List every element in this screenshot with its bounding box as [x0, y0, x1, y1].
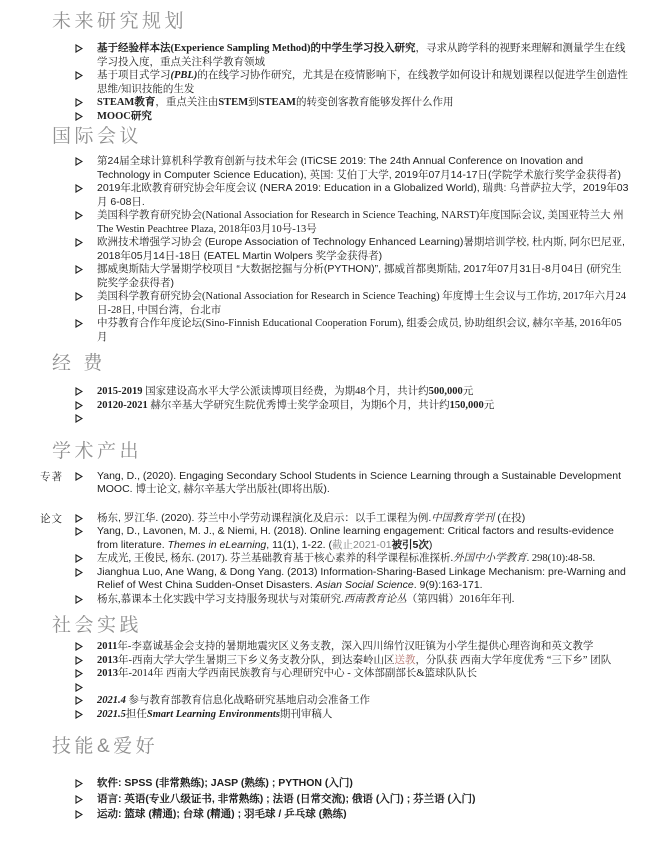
- bullet-arrow-icon: [75, 795, 83, 804]
- item-category-label: 专著: [40, 471, 63, 485]
- text-run: 2013: [97, 655, 118, 666]
- list-item: 美国科学教育研究协会(National Association for Rese…: [0, 290, 657, 317]
- text-run: ): [429, 539, 433, 551]
- bullet-arrow-icon: [75, 157, 83, 166]
- text-run: 2021.4: [97, 695, 129, 706]
- text-run: （第四辑）2016年年刊.: [407, 594, 515, 605]
- list-item: 挪威奥斯陆大学暑期学校项目 “大数据挖掘与分析(PYTHON)”, 挪威首都奥斯…: [0, 263, 657, 290]
- item-text: 第24届全球计算机科学教育创新与技术年会 (ITiCSE 2019: The 2…: [97, 155, 621, 181]
- section-funding: 经 费2015-2019 国家建设高水平大学公派读博项目经费，为期48个月，共计…: [0, 352, 657, 426]
- text-run: ，重点关注由: [155, 97, 218, 108]
- item-text: 语言: 英语(专业八级证书, 非常熟练) ; 法语 (日常交流); 俄语 (入门…: [97, 793, 476, 805]
- list-item: 左成光, 王俊民, 杨东. (2017). 芬兰基础教育基于核心素养的科学课程标…: [0, 552, 657, 566]
- text-run: . 298(10):48-58.: [527, 553, 596, 564]
- list-item: Jianghua Luo, Ane Wang, & Dong Yang. (20…: [0, 566, 657, 593]
- text-run: 500,000: [429, 386, 463, 397]
- bullet-arrow-icon: [75, 71, 83, 80]
- text-run: 国家建设高水平大学公派读博项目经费，为期48个月，共计约: [145, 386, 429, 397]
- item-text: Yang, D., Lavonen, M. J., & Niemi, H. (2…: [97, 525, 614, 551]
- text-run: Yang, D., (2020). Engaging Secondary Sch…: [97, 470, 621, 496]
- text-run: STEM: [218, 97, 248, 108]
- bullet-arrow-icon: [75, 810, 83, 819]
- text-run: 年-2014年 西南大学西南民族教育与心理研究中心 - 文体部副部长&篮球队队长: [118, 668, 477, 679]
- item-text: Jianghua Luo, Ane Wang, & Dong Yang. (20…: [97, 566, 626, 592]
- list-item: 基于项目式学习(PBL)的在线学习协作研究，尤其是在疫情影响下，在线教学如何设计…: [0, 69, 657, 96]
- text-run: 第24届全球计算机科学教育创新与技术年会 (ITiCSE 2019: The 2…: [97, 155, 621, 181]
- bullet-arrow-icon: [75, 472, 83, 481]
- text-run: 2013: [97, 668, 118, 679]
- text-run: 期刊审稿人: [280, 709, 333, 720]
- section-international-conferences: 国际会议第24届全球计算机科学教育创新与技术年会 (ITiCSE 2019: T…: [0, 125, 657, 344]
- item-text: 2021.4 参与教育部教育信息化战略研究基地启动会准备工作: [97, 695, 370, 706]
- text-run: Themes in eLearning: [168, 539, 267, 551]
- text-run: 基于项目式学习: [97, 70, 171, 81]
- bullet-arrow-icon: [75, 527, 83, 536]
- item-text: 基于经验样本法(Experience Sampling Method)的中学生学…: [97, 43, 626, 68]
- section-social-practice: 社会实践2011年-李嘉诚基金会支持的暑期地震灾区义务支教，深入四川绵竹汉旺镇为…: [0, 614, 657, 721]
- item-text: 左成光, 王俊民, 杨东. (2017). 芬兰基础教育基于核心素养的科学课程标…: [97, 553, 595, 564]
- list-item: 软件: SPSS (非常熟练); JASP (熟练) ; PYTHON (入门): [0, 777, 657, 791]
- text-run: 中国教育学刊: [431, 512, 494, 524]
- text-run: 参与教育部教育信息化战略研究基地启动会准备工作: [129, 695, 371, 706]
- text-run: 年-李嘉诚基金会支持的暑期地震灾区义务支教，深入四川绵竹汉旺镇为小学生提供心理咨…: [117, 641, 593, 652]
- list-item: 2011年-李嘉诚基金会支持的暑期地震灾区义务支教，深入四川绵竹汉旺镇为小学生提…: [0, 640, 657, 654]
- text-run: STEAM教育: [97, 97, 155, 108]
- item-text: 挪威奥斯陆大学暑期学校项目 “大数据挖掘与分析(PYTHON)”, 挪威首都奥斯…: [97, 263, 621, 289]
- text-run: 美国科学教育研究协会(National Association for Rese…: [97, 210, 624, 235]
- text-run: 元: [463, 386, 474, 397]
- section-title: 学术产出: [52, 440, 657, 463]
- list-item: 2021.5担任Smart Learning Environments期刊审稿人: [0, 708, 657, 722]
- text-run: 中芬教育合作年度论坛(Sino-Finnish Educational Coop…: [97, 318, 622, 343]
- list-item: 论文杨东, 罗江华. (2020). 芬兰中小学劳动课程演化及启示：以手工课程为…: [0, 512, 657, 526]
- list-item: 中芬教育合作年度论坛(Sino-Finnish Educational Coop…: [0, 317, 657, 344]
- text-run: 元: [484, 400, 495, 411]
- section-title: 技能&爱好: [52, 735, 657, 758]
- text-run: 2011: [97, 641, 117, 652]
- bullet-list: 2015-2019 国家建设高水平大学公派读博项目经费，为期48个月，共计约50…: [0, 385, 657, 426]
- bullet-arrow-icon: [75, 514, 83, 523]
- item-text: 杨东, 罗江华. (2020). 芬兰中小学劳动课程演化及启示：以手工课程为例.…: [97, 512, 525, 524]
- bullet-list: 专著Yang, D., (2020). Engaging Secondary S…: [0, 470, 657, 607]
- item-text: 美国科学教育研究协会(National Association for Rese…: [97, 291, 626, 316]
- item-text: 2013年-2014年 西南大学西南民族教育与心理研究中心 - 文体部副部长&篮…: [97, 668, 477, 679]
- section-title: 未来研究规划: [52, 10, 657, 33]
- bullet-arrow-icon: [75, 414, 83, 423]
- text-run: 150,000: [450, 400, 484, 411]
- list-item: 2013年-2014年 西南大学西南民族教育与心理研究中心 - 文体部副部长&篮…: [0, 667, 657, 681]
- list-item: 2019年北欧教育研究协会年度会议 (NERA 2019: Education …: [0, 182, 657, 209]
- text-run: , 11(1), 1-22. (: [266, 539, 332, 551]
- list-item: 第24届全球计算机科学教育创新与技术年会 (ITiCSE 2019: The 2…: [0, 155, 657, 182]
- item-text: 2019年北欧教育研究协会年度会议 (NERA 2019: Education …: [97, 182, 628, 208]
- section-title: 国际会议: [52, 125, 657, 148]
- text-run: 被引5次: [392, 539, 429, 551]
- text-run: (在投): [494, 512, 525, 524]
- item-text: 2021.5担任Smart Learning Environments期刊审稿人: [97, 709, 332, 720]
- section-future-research-plans: 未来研究规划基于经验样本法(Experience Sampling Method…: [0, 10, 657, 123]
- text-run: ，分队获 西南大学年度优秀 “三下乡” 团队: [416, 655, 612, 666]
- bullet-arrow-icon: [75, 98, 83, 107]
- list-item: 欧洲技术增强学习协会 (Europe Association of Techno…: [0, 236, 657, 263]
- item-text: STEAM教育，重点关注由STEM到STEAM的转变创客教育能够发挥什么作用: [97, 97, 453, 108]
- list-item: STEAM教育，重点关注由STEM到STEAM的转变创客教育能够发挥什么作用: [0, 96, 657, 110]
- bullet-arrow-icon: [75, 44, 83, 53]
- section-title: 经 费: [52, 352, 657, 375]
- bullet-arrow-icon: [75, 683, 83, 692]
- text-run: 2019年北欧教育研究协会年度会议 (NERA 2019: Education …: [97, 182, 628, 208]
- list-item: 2021.4 参与教育部教育信息化战略研究基地启动会准备工作: [0, 694, 657, 708]
- item-category-label: 论文: [40, 513, 63, 527]
- text-run: 语言: 英语(专业八级证书, 非常熟练) ; 法语 (日常交流); 俄语 (入门…: [97, 793, 476, 805]
- item-text: 欧洲技术增强学习协会 (Europe Association of Techno…: [97, 236, 625, 262]
- text-run: 欧洲技术增强学习协会 (Europe Association of Techno…: [97, 236, 625, 262]
- text-run: 西南教育论丛: [344, 594, 407, 605]
- text-run: 2021.5: [97, 709, 126, 720]
- bullet-list: 2011年-李嘉诚基金会支持的暑期地震灾区义务支教，深入四川绵竹汉旺镇为小学生提…: [0, 640, 657, 721]
- text-run: 赫尔辛基大学研究生院优秀博士奖学金项目，为期6个月，共计约: [150, 400, 449, 411]
- item-text: 2013年-西南大学大学生暑期三下乡义务支教分队，到达秦岭山区送教，分队获 西南…: [97, 655, 611, 666]
- bullet-arrow-icon: [75, 656, 83, 665]
- item-text: 20120-2021 赫尔辛基大学研究生院优秀博士奖学金项目，为期6个月，共计约…: [97, 400, 494, 411]
- item-text: 杨东,慕课本土化实践中学习支持服务现状与对策研究.西南教育论丛（第四辑）2016…: [97, 594, 514, 605]
- text-run: 送教: [395, 655, 416, 666]
- bullet-arrow-icon: [75, 642, 83, 651]
- list-item: 杨东,慕课本土化实践中学习支持服务现状与对策研究.西南教育论丛（第四辑）2016…: [0, 593, 657, 607]
- item-text: 中芬教育合作年度论坛(Sino-Finnish Educational Coop…: [97, 318, 622, 343]
- list-item: 运动: 篮球 (精通); 台球 (精通) ; 羽毛球 / 乒乓球 (熟练): [0, 808, 657, 822]
- list-item: 2015-2019 国家建设高水平大学公派读博项目经费，为期48个月，共计约50…: [0, 385, 657, 399]
- bullet-arrow-icon: [75, 238, 83, 247]
- list-item: 基于经验样本法(Experience Sampling Method)的中学生学…: [0, 42, 657, 69]
- text-run: (PBL): [171, 70, 198, 81]
- list-item: 专著Yang, D., (2020). Engaging Secondary S…: [0, 470, 657, 497]
- bullet-arrow-icon: [75, 696, 83, 705]
- bullet-arrow-icon: [75, 184, 83, 193]
- text-run: 截止2021-01: [332, 539, 392, 551]
- bullet-list: 基于经验样本法(Experience Sampling Method)的中学生学…: [0, 42, 657, 123]
- list-item: 2013年-西南大学大学生暑期三下乡义务支教分队，到达秦岭山区送教，分队获 西南…: [0, 654, 657, 668]
- text-run: 杨东, 罗江华. (2020). 芬兰中小学劳动课程演化及启示：以手工课程为例.: [97, 512, 431, 524]
- bullet-arrow-icon: [75, 710, 83, 719]
- text-run: 美国科学教育研究协会(National Association for Rese…: [97, 291, 626, 316]
- text-run: 左成光, 王俊民, 杨东. (2017). 芬兰基础教育基于核心素养的科学课程标…: [97, 553, 453, 564]
- bullet-arrow-icon: [75, 265, 83, 274]
- text-run: 2015-2019: [97, 386, 145, 397]
- section-skills-hobbies: 技能&爱好软件: SPSS (非常熟练); JASP (熟练) ; PYTHON…: [0, 735, 657, 822]
- text-run: STEAM: [259, 97, 296, 108]
- text-run: MOOC研究: [97, 111, 152, 122]
- text-run: . 9(9):163-171.: [414, 579, 483, 591]
- bullet-list: 软件: SPSS (非常熟练); JASP (熟练) ; PYTHON (入门)…: [0, 777, 657, 822]
- text-run: 年-西南大学大学生暑期三下乡义务支教分队，到达秦岭山区: [118, 655, 395, 666]
- item-text: 运动: 篮球 (精通); 台球 (精通) ; 羽毛球 / 乒乓球 (熟练): [97, 808, 347, 820]
- text-run: 杨东,慕课本土化实践中学习支持服务现状与对策研究.: [97, 594, 344, 605]
- bullet-arrow-icon: [75, 568, 83, 577]
- text-run: 到: [248, 97, 259, 108]
- item-text: 基于项目式学习(PBL)的在线学习协作研究，尤其是在疫情影响下，在线教学如何设计…: [97, 70, 628, 95]
- item-text: 软件: SPSS (非常熟练); JASP (熟练) ; PYTHON (入门): [97, 777, 353, 789]
- list-item: MOOC研究: [0, 110, 657, 124]
- text-run: 担任: [126, 709, 147, 720]
- text-run: Smart Learning Environments: [147, 709, 280, 720]
- list-item: 20120-2021 赫尔辛基大学研究生院优秀博士奖学金项目，为期6个月，共计约…: [0, 399, 657, 413]
- resume-document-page: 未来研究规划基于经验样本法(Experience Sampling Method…: [0, 0, 657, 857]
- list-item: Yang, D., Lavonen, M. J., & Niemi, H. (2…: [0, 525, 657, 552]
- item-text: 美国科学教育研究协会(National Association for Rese…: [97, 210, 624, 235]
- list-item: [0, 681, 657, 695]
- text-run: 基于经验样本法(Experience Sampling Method)的中学生学…: [97, 43, 416, 54]
- item-text: MOOC研究: [97, 111, 152, 122]
- text-run: 挪威奥斯陆大学暑期学校项目 “大数据挖掘与分析(PYTHON)”, 挪威首都奥斯…: [97, 263, 621, 289]
- item-text: Yang, D., (2020). Engaging Secondary Sch…: [97, 470, 621, 496]
- text-run: 的转变创客教育能够发挥什么作用: [296, 97, 454, 108]
- list-item: 语言: 英语(专业八级证书, 非常熟练) ; 法语 (日常交流); 俄语 (入门…: [0, 793, 657, 807]
- bullet-arrow-icon: [75, 292, 83, 301]
- section-title: 社会实践: [52, 614, 657, 637]
- bullet-arrow-icon: [75, 401, 83, 410]
- bullet-list: 第24届全球计算机科学教育创新与技术年会 (ITiCSE 2019: The 2…: [0, 155, 657, 344]
- text-run: Asian Social Science: [316, 579, 414, 591]
- bullet-arrow-icon: [75, 554, 83, 563]
- item-text: 2011年-李嘉诚基金会支持的暑期地震灾区义务支教，深入四川绵竹汉旺镇为小学生提…: [97, 641, 593, 652]
- bullet-arrow-icon: [75, 319, 83, 328]
- bullet-arrow-icon: [75, 595, 83, 604]
- bullet-arrow-icon: [75, 779, 83, 788]
- text-run: 外国中小学教育: [453, 553, 527, 564]
- bullet-arrow-icon: [75, 112, 83, 121]
- text-run: 20120-2021: [97, 400, 150, 411]
- text-run: 软件: SPSS (非常熟练); JASP (熟练) ; PYTHON (入门): [97, 777, 353, 789]
- bullet-arrow-icon: [75, 211, 83, 220]
- list-item: [0, 412, 657, 426]
- bullet-arrow-icon: [75, 669, 83, 678]
- list-item: 美国科学教育研究协会(National Association for Rese…: [0, 209, 657, 236]
- text-run: 运动: 篮球 (精通); 台球 (精通) ; 羽毛球 / 乒乓球 (熟练): [97, 808, 347, 820]
- bullet-arrow-icon: [75, 387, 83, 396]
- section-academic-output: 学术产出专著Yang, D., (2020). Engaging Seconda…: [0, 440, 657, 607]
- item-text: 2015-2019 国家建设高水平大学公派读博项目经费，为期48个月，共计约50…: [97, 386, 473, 397]
